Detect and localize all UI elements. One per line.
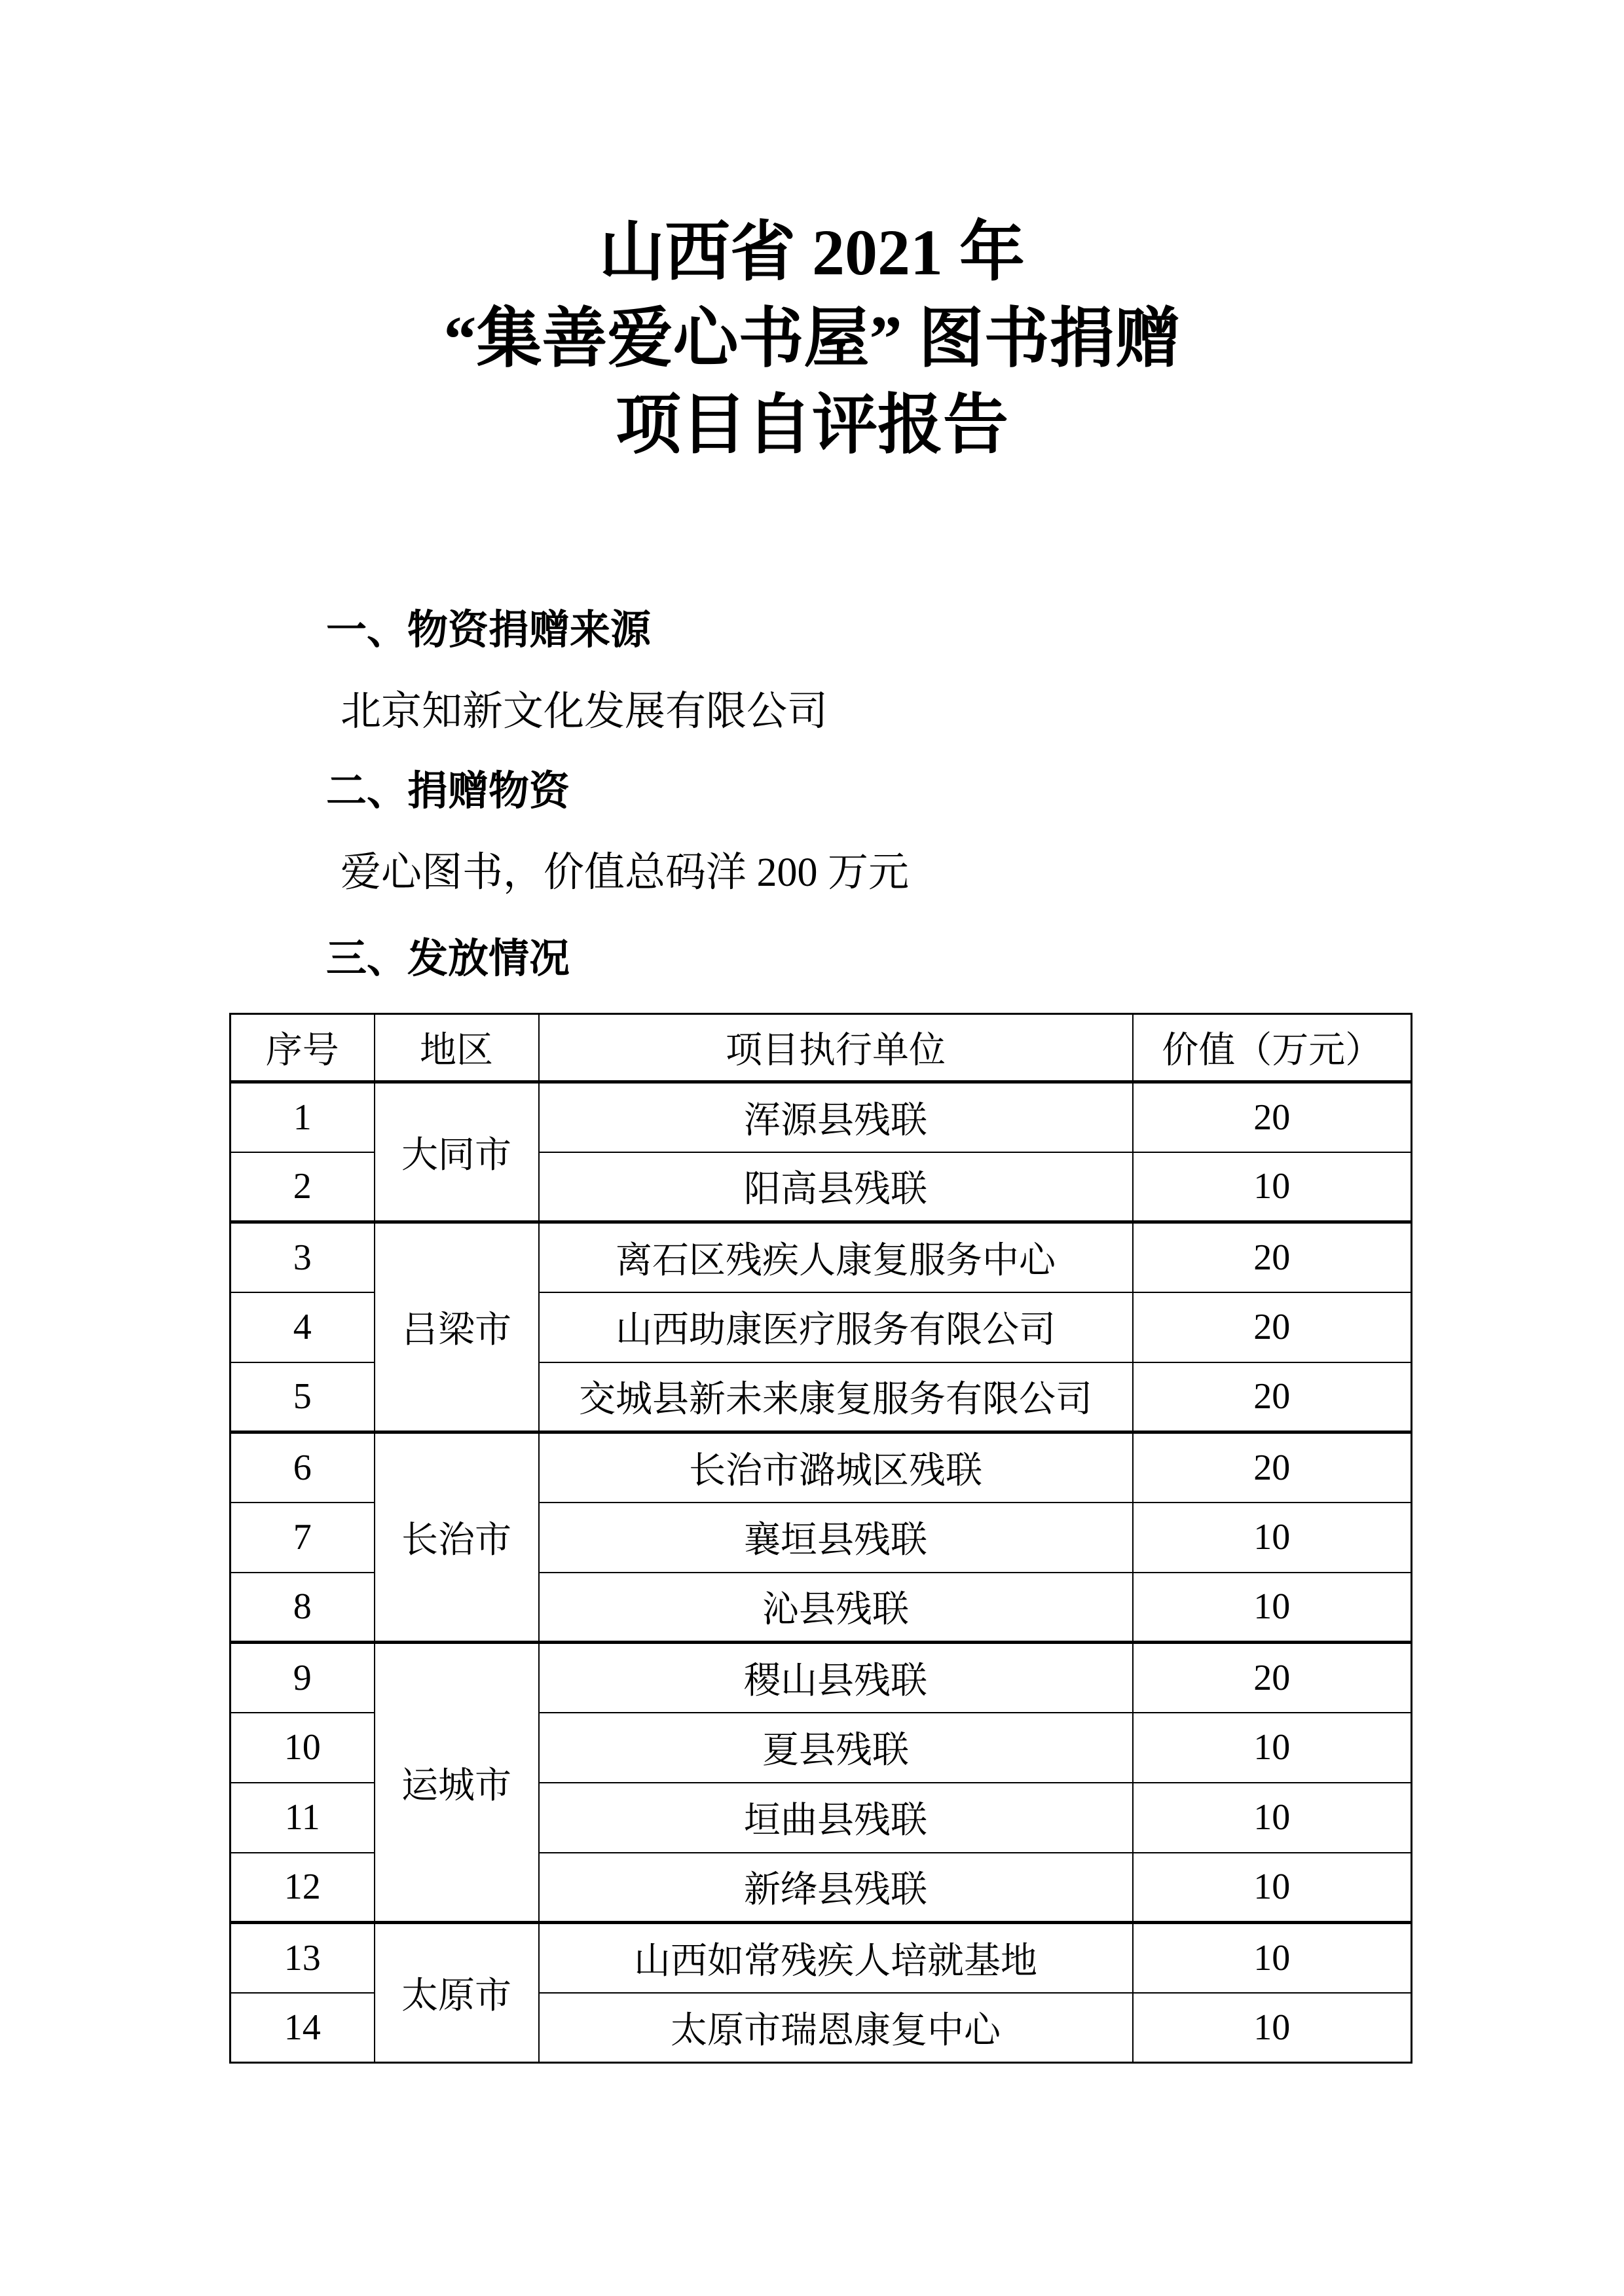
section-heading-1: 一、物资捐赠来源 [326, 608, 651, 653]
row-region: 大同市 [375, 1082, 539, 1222]
row-seq: 6 [231, 1432, 375, 1503]
row-unit: 长治市潞城区残联 [539, 1432, 1133, 1503]
report-page: { "page": { "background": "#ffffff", "te… [0, 0, 1624, 2296]
title-line-3: 项目自评报告 [0, 382, 1624, 469]
distribution-table: 序号 地区 项目执行单位 价值（万元） 1大同市浑源县残联202阳高县残联103… [229, 1013, 1412, 2064]
section-heading-3: 三、发放情况 [326, 936, 570, 982]
row-value: 20 [1133, 1432, 1412, 1503]
row-seq: 12 [231, 1853, 375, 1923]
row-unit: 山西如常残疾人培就基地 [539, 1923, 1133, 1993]
section-heading-2: 二、捐赠物资 [326, 769, 570, 814]
row-value: 20 [1133, 1082, 1412, 1152]
row-seq: 4 [231, 1292, 375, 1362]
header-seq: 序号 [231, 1014, 375, 1082]
row-seq: 14 [231, 1993, 375, 2063]
row-value: 10 [1133, 1503, 1412, 1573]
table-row: 3吕梁市离石区残疾人康复服务中心20 [231, 1222, 1412, 1292]
donation-table-body: 1大同市浑源县残联202阳高县残联103吕梁市离石区残疾人康复服务中心204山西… [231, 1082, 1412, 2063]
row-value: 10 [1133, 1993, 1412, 2063]
row-unit: 离石区残疾人康复服务中心 [539, 1222, 1133, 1292]
row-unit: 夏县残联 [539, 1713, 1133, 1783]
row-unit: 新绛县残联 [539, 1853, 1133, 1923]
table-row: 13太原市山西如常残疾人培就基地10 [231, 1923, 1412, 1993]
row-value: 10 [1133, 1713, 1412, 1783]
row-seq: 11 [231, 1783, 375, 1853]
donation-source-text: 北京知新文化发展有限公司 [341, 689, 828, 735]
row-value: 10 [1133, 1923, 1412, 1993]
row-seq: 13 [231, 1923, 375, 1993]
row-seq: 8 [231, 1573, 375, 1643]
row-value: 20 [1133, 1292, 1412, 1362]
row-value: 10 [1133, 1783, 1412, 1853]
row-region: 吕梁市 [375, 1222, 539, 1432]
row-unit: 交城县新未来康复服务有限公司 [539, 1362, 1133, 1432]
row-seq: 3 [231, 1222, 375, 1292]
row-value: 20 [1133, 1362, 1412, 1432]
row-value: 20 [1133, 1643, 1412, 1713]
row-value: 10 [1133, 1853, 1412, 1923]
row-unit: 阳高县残联 [539, 1152, 1133, 1222]
row-value: 10 [1133, 1573, 1412, 1643]
row-unit: 沁县残联 [539, 1573, 1133, 1643]
row-seq: 10 [231, 1713, 375, 1783]
row-seq: 1 [231, 1082, 375, 1152]
title-line-1: 山西省 2021 年 [0, 210, 1624, 296]
header-unit: 项目执行单位 [539, 1014, 1133, 1082]
row-region: 长治市 [375, 1432, 539, 1643]
header-region: 地区 [375, 1014, 539, 1082]
row-seq: 5 [231, 1362, 375, 1432]
row-seq: 2 [231, 1152, 375, 1222]
title-line-2: “集善爱心书屋” 图书捐赠 [0, 296, 1624, 382]
table-row: 9运城市稷山县残联20 [231, 1643, 1412, 1713]
document-title: 山西省 2021 年 “集善爱心书屋” 图书捐赠 项目自评报告 [0, 210, 1624, 469]
row-unit: 太原市瑞恩康复中心 [539, 1993, 1133, 2063]
row-unit: 浑源县残联 [539, 1082, 1133, 1152]
table-row: 1大同市浑源县残联20 [231, 1082, 1412, 1152]
row-region: 运城市 [375, 1643, 539, 1923]
row-value: 20 [1133, 1222, 1412, 1292]
row-unit: 垣曲县残联 [539, 1783, 1133, 1853]
donated-goods-text: 爱心图书，价值总码洋 200 万元 [341, 850, 909, 896]
table-row: 6长治市长治市潞城区残联20 [231, 1432, 1412, 1503]
row-seq: 9 [231, 1643, 375, 1713]
row-unit: 襄垣县残联 [539, 1503, 1133, 1573]
row-seq: 7 [231, 1503, 375, 1573]
table-header-row: 序号 地区 项目执行单位 价值（万元） [231, 1014, 1412, 1082]
row-value: 10 [1133, 1152, 1412, 1222]
header-value: 价值（万元） [1133, 1014, 1412, 1082]
row-region: 太原市 [375, 1923, 539, 2063]
row-unit: 稷山县残联 [539, 1643, 1133, 1713]
row-unit: 山西助康医疗服务有限公司 [539, 1292, 1133, 1362]
